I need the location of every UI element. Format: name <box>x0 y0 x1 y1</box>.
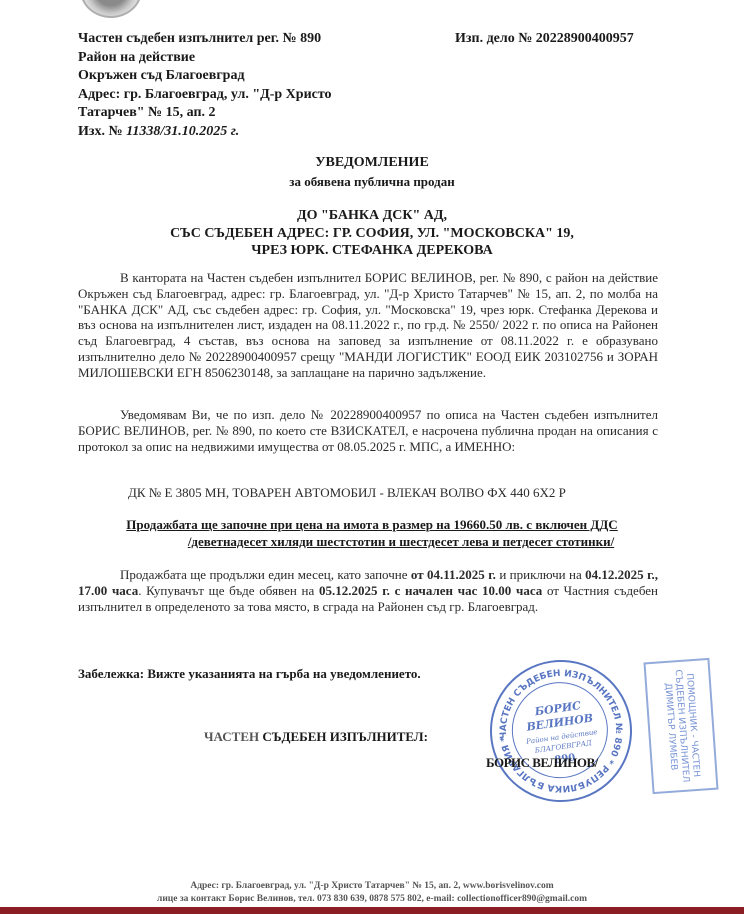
case-number: Изп. дело № 20228900400957 <box>455 30 634 49</box>
sale-start-date: от 04.11.2025 г. <box>411 567 496 582</box>
addressee-line: ДО "БАНКА ДСК" АД, <box>0 207 744 225</box>
starting-price: Продажбата ще започне при цена на имота … <box>0 516 744 550</box>
svg-text:ЧАСТЕН СЪДЕБЕН ИЗПЪЛНИТЕЛ № 89: ЧАСТЕН СЪДЕБЕН ИЗПЪЛНИТЕЛ № 890 * РЕПУБЛ… <box>491 661 631 801</box>
header-line: Татарчев" № 15, ап. 2 <box>78 104 332 123</box>
vehicle-description: ДК № Е 3805 МН, ТОВАРЕН АВТОМОБИЛ - ВЛЕК… <box>128 485 566 501</box>
text: Продажбата ще продължи един месец, като … <box>120 567 411 582</box>
paragraph-notification: Уведомявам Ви, че по изп. дело № 2022890… <box>78 407 658 454</box>
outgoing-number-line: Изх. № 11338/31.10.2025 г. <box>78 123 332 142</box>
addressee-line: СЪС СЪДЕБЕН АДРЕС: ГР. СОФИЯ, УЛ. "МОСКО… <box>0 225 744 243</box>
assistant-stamp: ПОМОЩНИК - ЧАСТЕН СЪДЕБЕН ИЗПЪЛНИТЕЛ ДИМ… <box>643 658 718 794</box>
signer-name: БОРИС ВЕЛИНОВ/ <box>486 755 598 771</box>
text: и приключи на <box>496 567 585 582</box>
bailiff-header: Частен съдебен изпълнител рег. № 890 Рай… <box>78 30 332 142</box>
paragraph-sale-dates: Продажбата ще продължи един месец, като … <box>78 567 658 614</box>
document-title: УВЕДОМЛЕНИЕ <box>0 155 744 171</box>
assistant-stamp-text: ПОМОЩНИК - ЧАСТЕН СЪДЕБЕН ИЗПЪЛНИТЕЛ ДИМ… <box>660 663 702 789</box>
court-seal-logo <box>80 0 142 18</box>
footer-contact: лице за контакт Борис Велинов, тел. 073 … <box>0 894 744 904</box>
addressee-block: ДО "БАНКА ДСК" АД, СЪС СЪДЕБЕН АДРЕС: ГР… <box>0 207 744 260</box>
addressee-line: ЧРЕЗ ЮРК. СТЕФАНКА ДЕРЕКОВА <box>0 242 744 260</box>
outgoing-label: Изх. № <box>78 124 126 139</box>
header-line: Частен съдебен изпълнител рег. № 890 <box>78 30 332 49</box>
text: . Купувачът ще бъде обявен на <box>138 583 319 598</box>
svg-text:Район на действие: Район на действие <box>525 728 598 746</box>
price-in-words: /деветнадесет хиляди шестстотин и шестде… <box>0 533 744 550</box>
buyer-announcement-date: 05.12.2025 г. с начален час 10.00 часа <box>319 583 542 598</box>
svg-text:БОРИС: БОРИС <box>533 699 582 719</box>
signature-label-part: СЪДЕБЕН ИЗПЪЛНИТЕЛ: <box>259 729 428 744</box>
footer-address: Адрес: гр. Благоевград, ул. "Д-р Христо … <box>0 881 744 891</box>
stamp-text-ring: ЧАСТЕН СЪДЕБЕН ИЗПЪЛНИТЕЛ № 890 * РЕПУБЛ… <box>483 653 639 809</box>
svg-text:БЛАГОЕВГРАД: БЛАГОЕВГРАД <box>533 739 592 755</box>
header-line: Адрес: гр. Благоевград, ул. "Д-р Христо <box>78 86 332 105</box>
outgoing-number: 11338/31.10.2025 г. <box>126 124 239 139</box>
svg-text:ВЕЛИНОВ: ВЕЛИНОВ <box>525 711 594 733</box>
signature-label: ЧАСТЕН СЪДЕБЕН ИЗПЪЛНИТЕЛ: <box>204 729 428 745</box>
signature-label-part: ЧАСТЕН <box>204 729 259 744</box>
document-subtitle: за обявена публична продан <box>0 174 744 190</box>
note: Забележка: Вижте указанията на гърба на … <box>78 666 421 682</box>
header-line: Окръжен съд Благоевград <box>78 67 332 86</box>
footer-bar <box>0 907 744 914</box>
header-line: Район на действие <box>78 49 332 68</box>
paragraph-case-info: В кантората на Частен съдебен изпълнител… <box>78 270 658 381</box>
round-stamp: ЧАСТЕН СЪДЕБЕН ИЗПЪЛНИТЕЛ № 890 * РЕПУБЛ… <box>481 651 641 811</box>
price-line: Продажбата ще започне при цена на имота … <box>0 516 744 533</box>
